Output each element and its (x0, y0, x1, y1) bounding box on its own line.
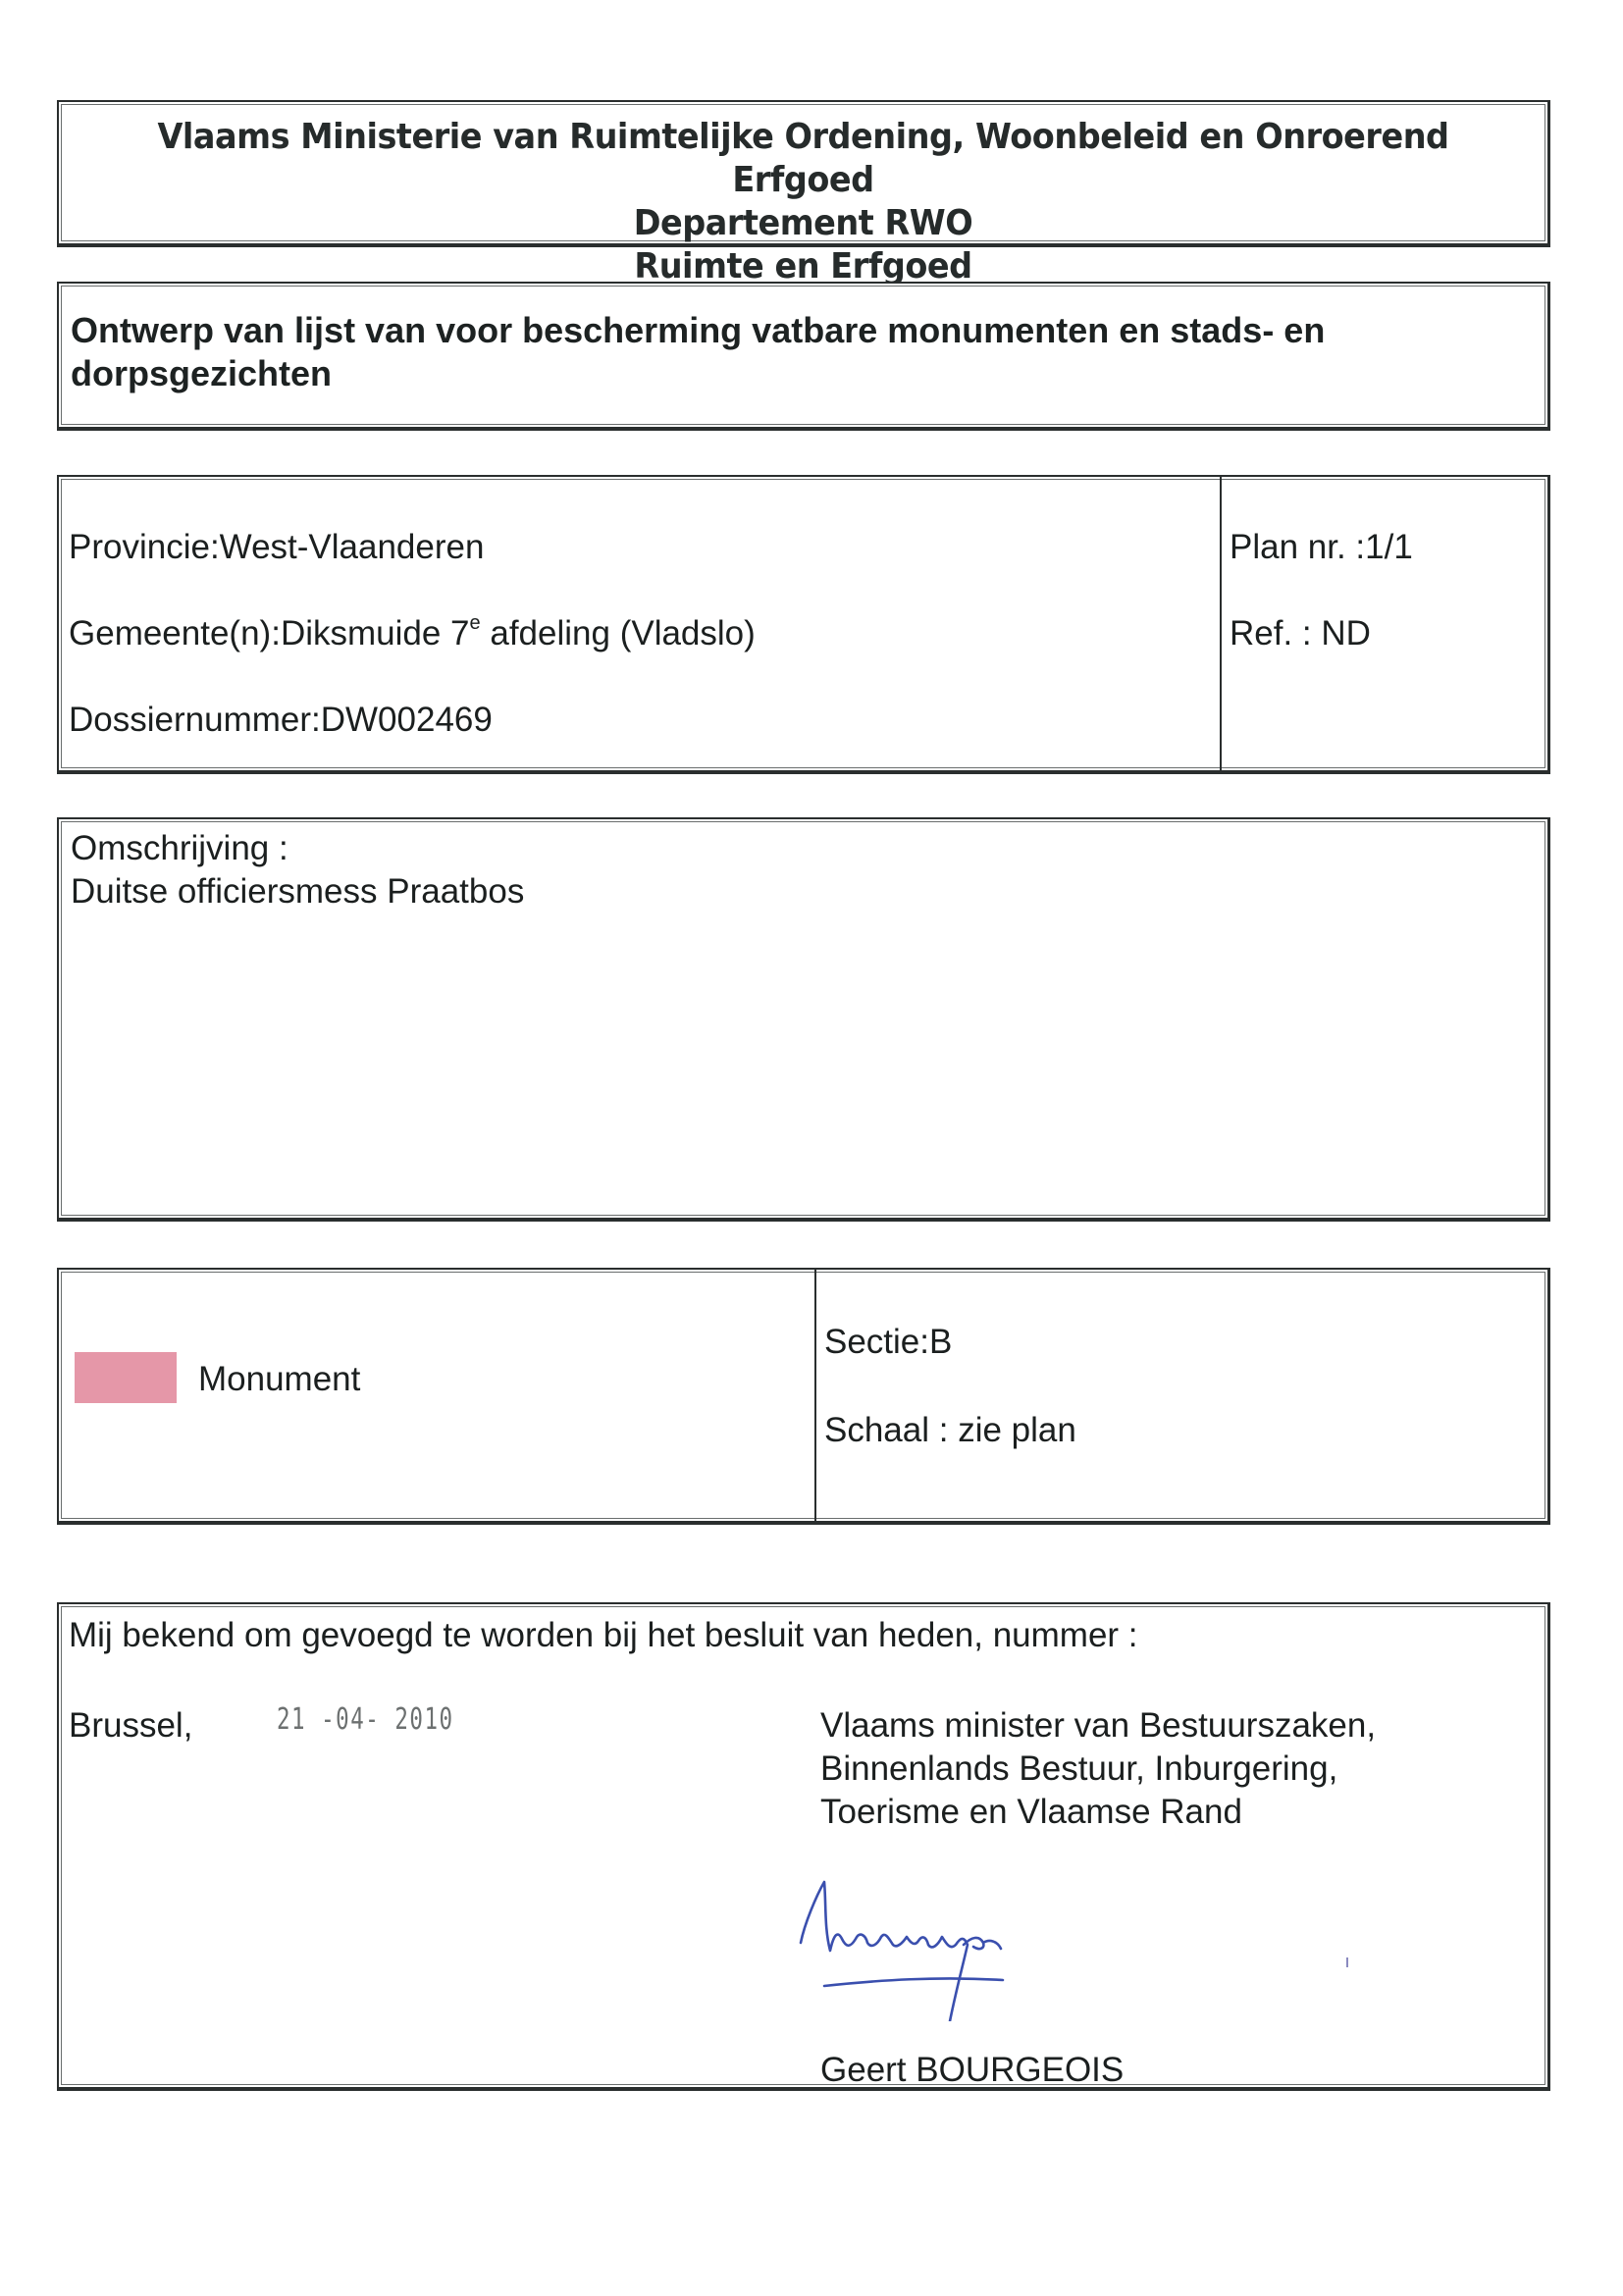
monument-color-swatch (75, 1352, 177, 1403)
ministry-name: Vlaams Ministerie van Ruimtelijke Ordeni… (111, 116, 1495, 202)
gemeente-superscript: e (470, 612, 481, 634)
schaal-field: Schaal : zie plan (824, 1411, 1076, 1450)
sectie-field: Sectie:B (824, 1323, 952, 1362)
plan-value: 1/1 (1365, 528, 1413, 566)
dossier-label: Dossiernummer: (69, 701, 321, 739)
dossier-field: Dossiernummer:DW002469 (69, 701, 493, 740)
provincie-field: Provincie:West-Vlaanderen (69, 528, 484, 567)
date-stamp: 21 -04- 2010 (277, 1702, 454, 1737)
description-label: Omschrijving : (71, 827, 1547, 870)
gemeente-value: Diksmuide 7 (281, 614, 470, 652)
minister-title-line-3: Toerisme en Vlaamse Rand (820, 1793, 1242, 1832)
gemeente-value-suffix: afdeling (Vladslo) (481, 614, 756, 652)
description-box: Omschrijving : Duitse officiersmess Praa… (57, 817, 1550, 1222)
ref-field: Ref. : ND (1230, 614, 1371, 653)
schaal-label: Schaal : (824, 1411, 958, 1449)
minister-title-line-1: Vlaams minister van Bestuurszaken, (820, 1706, 1376, 1746)
legend-label-monument: Monument (198, 1360, 360, 1399)
sectie-value: B (929, 1323, 952, 1361)
location-fields: Provincie:West-Vlaanderen Gemeente(n):Di… (59, 477, 1222, 770)
provincie-value: West-Vlaanderen (220, 528, 485, 566)
stray-ink-mark (1346, 1957, 1348, 1967)
plan-fields: Plan nr. :1/1 Ref. : ND (1222, 477, 1547, 770)
location-info-box: Provincie:West-Vlaanderen Gemeente(n):Di… (57, 475, 1550, 774)
minister-title-line-2: Binnenlands Bestuur, Inburgering, (820, 1749, 1337, 1789)
ministry-header: Vlaams Ministerie van Ruimtelijke Ordeni… (57, 100, 1550, 247)
approval-statement: Mij bekend om gevoegd te worden bij het … (69, 1616, 1138, 1655)
section-scale-fields: Sectie:B Schaal : zie plan (816, 1270, 1547, 1521)
signatory-name: Geert BOURGEOIS (820, 2051, 1124, 2090)
schaal-value: zie plan (958, 1411, 1076, 1449)
dossier-value: DW002469 (321, 701, 493, 739)
sectie-label: Sectie: (824, 1323, 929, 1361)
department-name: Departement RWO (111, 202, 1495, 245)
provincie-label: Provincie: (69, 528, 220, 566)
plan-number-field: Plan nr. :1/1 (1230, 528, 1413, 567)
description-value: Duitse officiersmess Praatbos (71, 870, 1547, 913)
gemeente-field: Gemeente(n):Diksmuide 7e afdeling (Vlads… (69, 614, 756, 653)
document-title: Ontwerp van lijst van voor bescherming v… (57, 282, 1550, 431)
title-line-2: dorpsgezichten (71, 352, 1547, 395)
ref-label: Ref. : (1230, 614, 1321, 652)
legend: Monument (59, 1270, 816, 1521)
ref-value: ND (1321, 614, 1371, 652)
plan-label: Plan nr. : (1230, 528, 1365, 566)
gemeente-label: Gemeente(n): (69, 614, 281, 652)
approval-place: Brussel, (69, 1706, 192, 1746)
signature-icon (791, 1874, 1262, 2021)
legend-box: Monument Sectie:B Schaal : zie plan (57, 1268, 1550, 1525)
title-line-1: Ontwerp van lijst van voor bescherming v… (71, 309, 1547, 352)
